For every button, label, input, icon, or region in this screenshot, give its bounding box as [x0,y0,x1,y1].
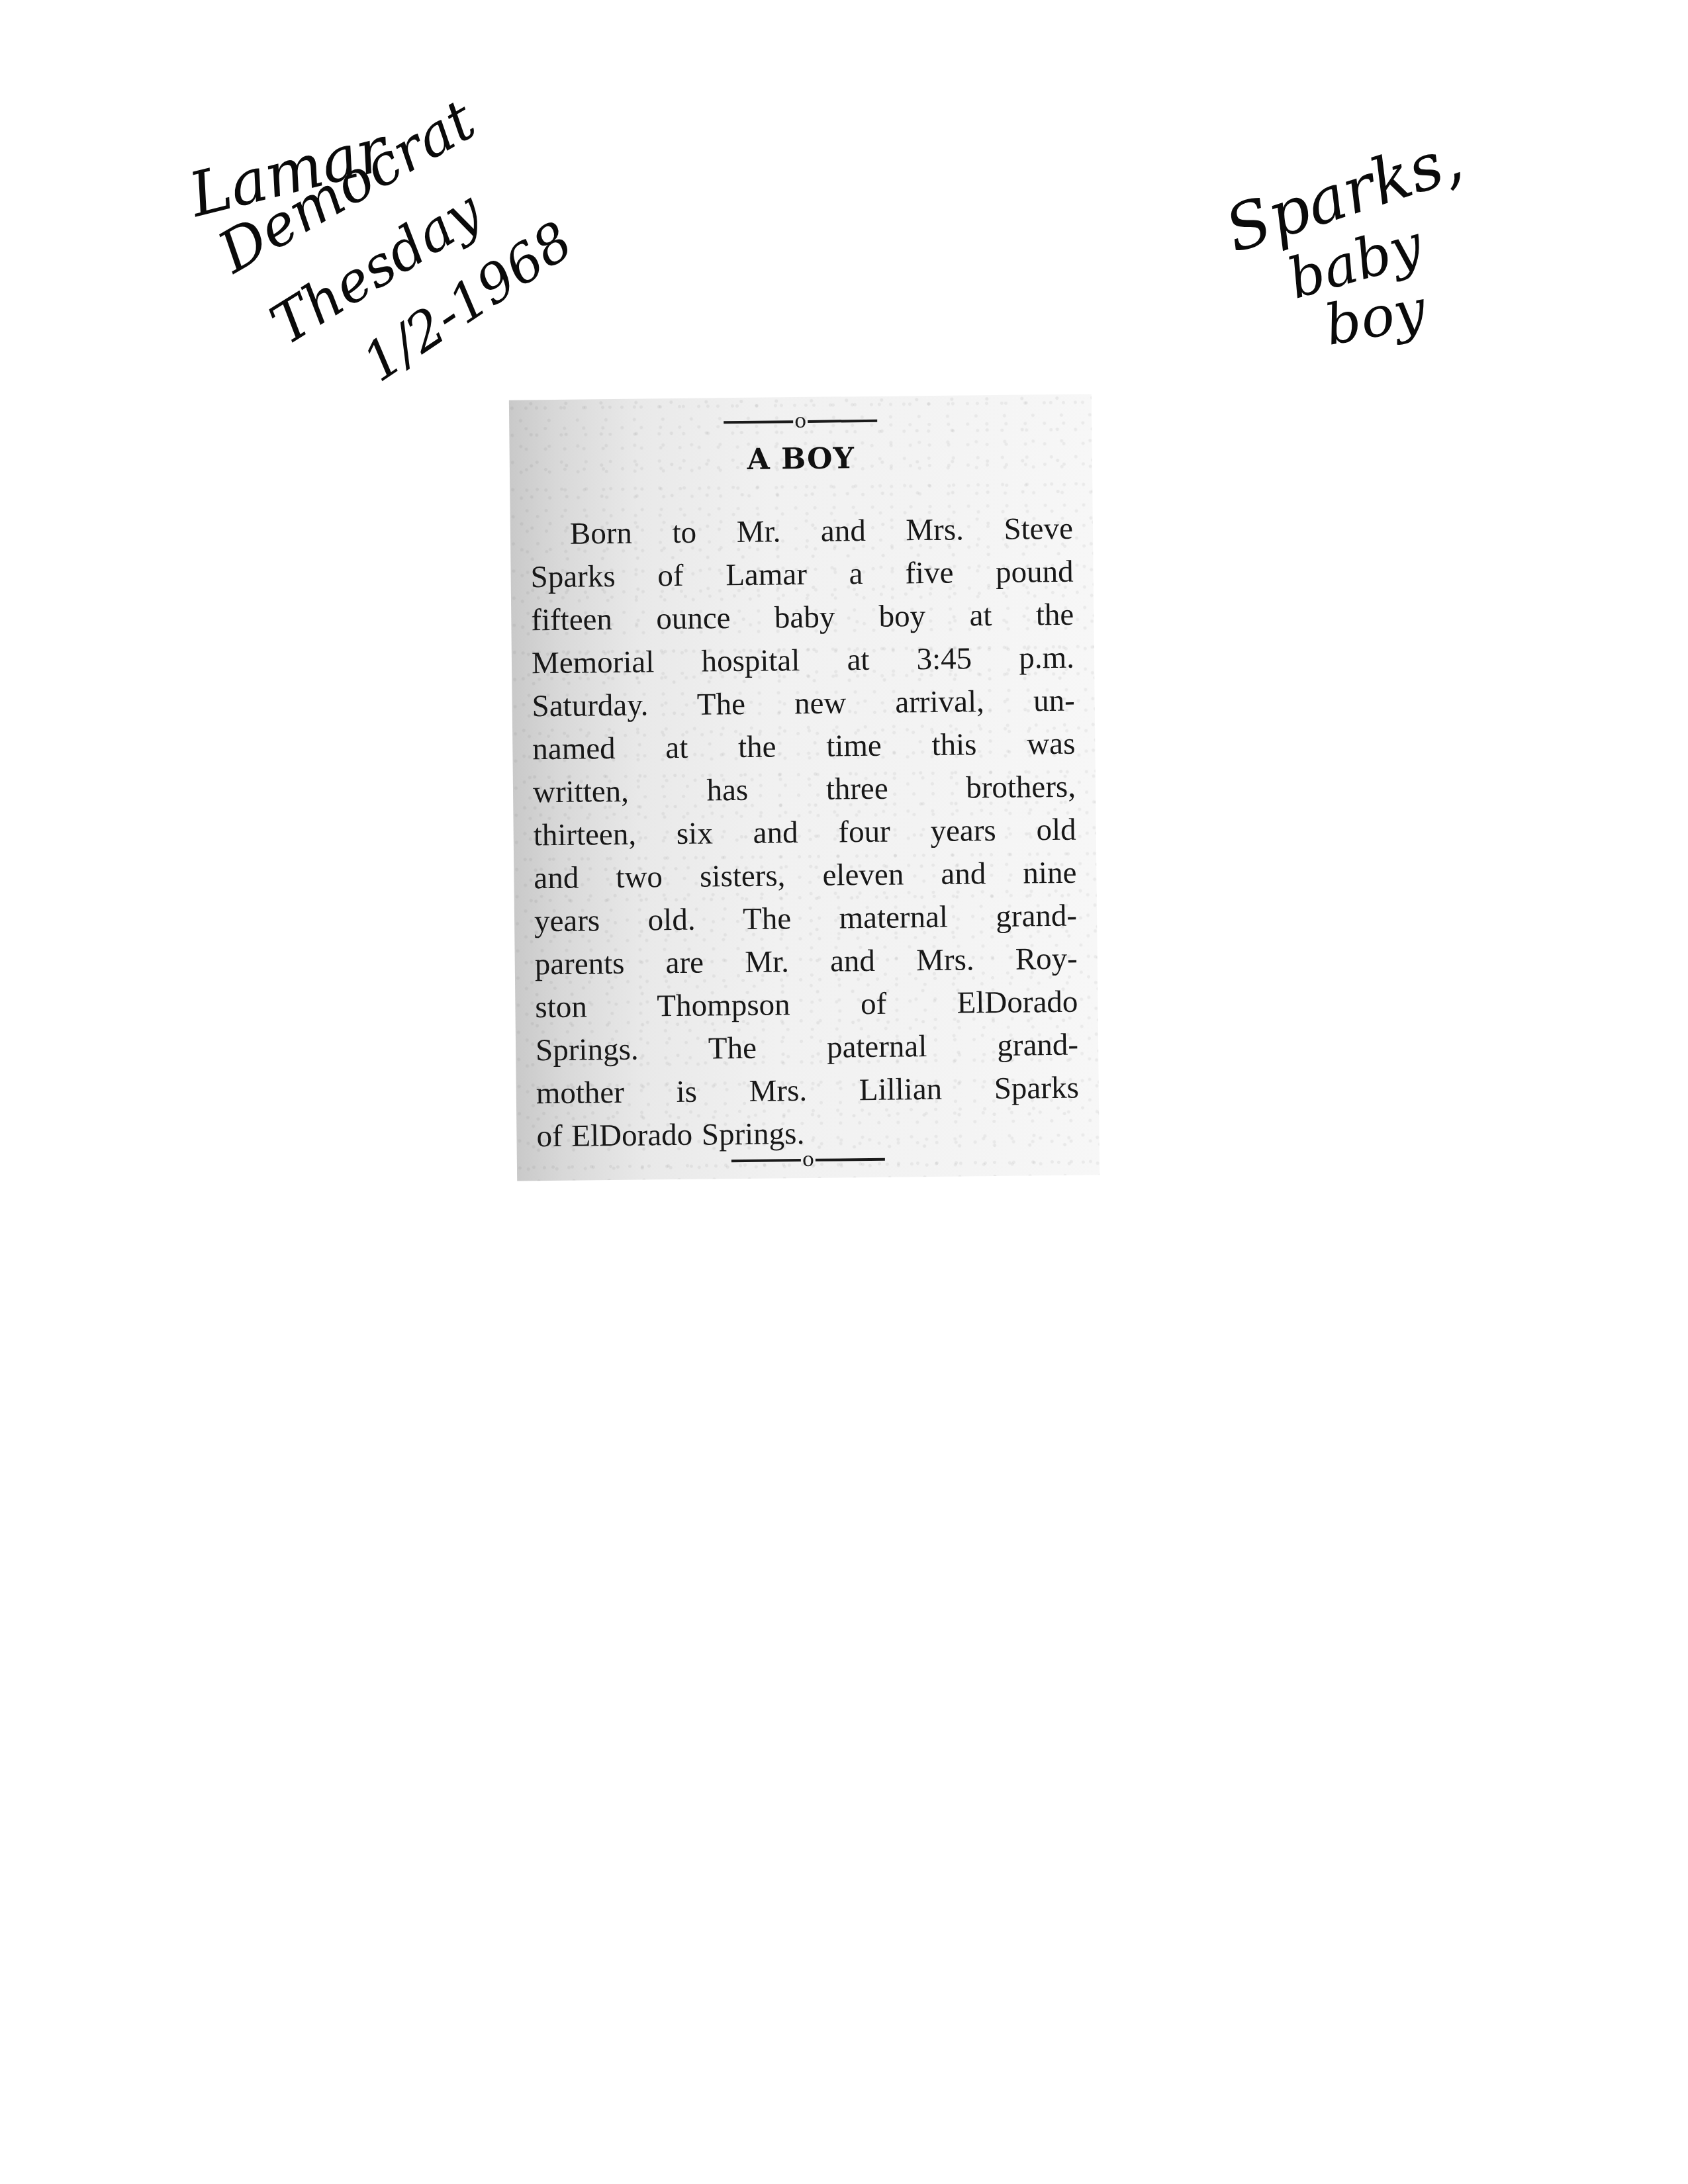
clipping-body-line: Springs. The paternal grand- [536,1024,1079,1073]
clipping-headline: A BOY [530,439,1072,479]
clipping-body-line: Sparks of Lamar a five pound [530,551,1074,600]
clipping-body-line: Memorial hospital at 3:45 p.m. [532,637,1075,686]
clipping-body-line: Born to Mr. and Mrs. Steve [530,508,1074,557]
scanned-page: Lamar Democrat Thesday 1/2-1968 Sparks, … [0,0,1688,2184]
top-divider: o [529,408,1072,436]
clipping-body-line: ston Thompson of ElDorado [535,981,1078,1030]
clipping-body-line: named at the time this was [532,723,1076,772]
note-line-boy: boy [1321,281,1429,353]
clipping-body-line: and two sisters, eleven and nine [534,852,1077,901]
clipping-body-line: Saturday. The new arrival, un- [532,680,1075,729]
clipping-body-line: years old. The maternal grand- [534,895,1078,944]
divider-ornament-icon: o [794,412,806,432]
divider-ornament-icon: o [802,1150,814,1170]
clipping-body-line: thirteen, six and four years old [533,809,1076,858]
divider-rule [808,420,877,423]
handwritten-subject-note: Sparks, baby boy [1231,159,1483,357]
clipping-body-line: fifteen ounce baby boy at the [531,594,1074,643]
clipping-body-line: parents are Mr. and Mrs. Roy- [534,938,1078,987]
newspaper-clipping: o A BOY Born to Mr. and Mrs. SteveSparks… [509,394,1100,1181]
divider-rule [731,1159,801,1162]
clipping-body: Born to Mr. and Mrs. SteveSparks of Lama… [530,508,1080,1159]
divider-rule [816,1158,885,1161]
clipping-body-line: written, has three brothers, [533,766,1076,815]
divider-rule [724,420,793,424]
handwritten-source-note: Lamar Democrat Thesday 1/2-1968 [192,139,536,357]
clipping-body-line: mother is Mrs. Lillian Sparks [536,1067,1079,1116]
